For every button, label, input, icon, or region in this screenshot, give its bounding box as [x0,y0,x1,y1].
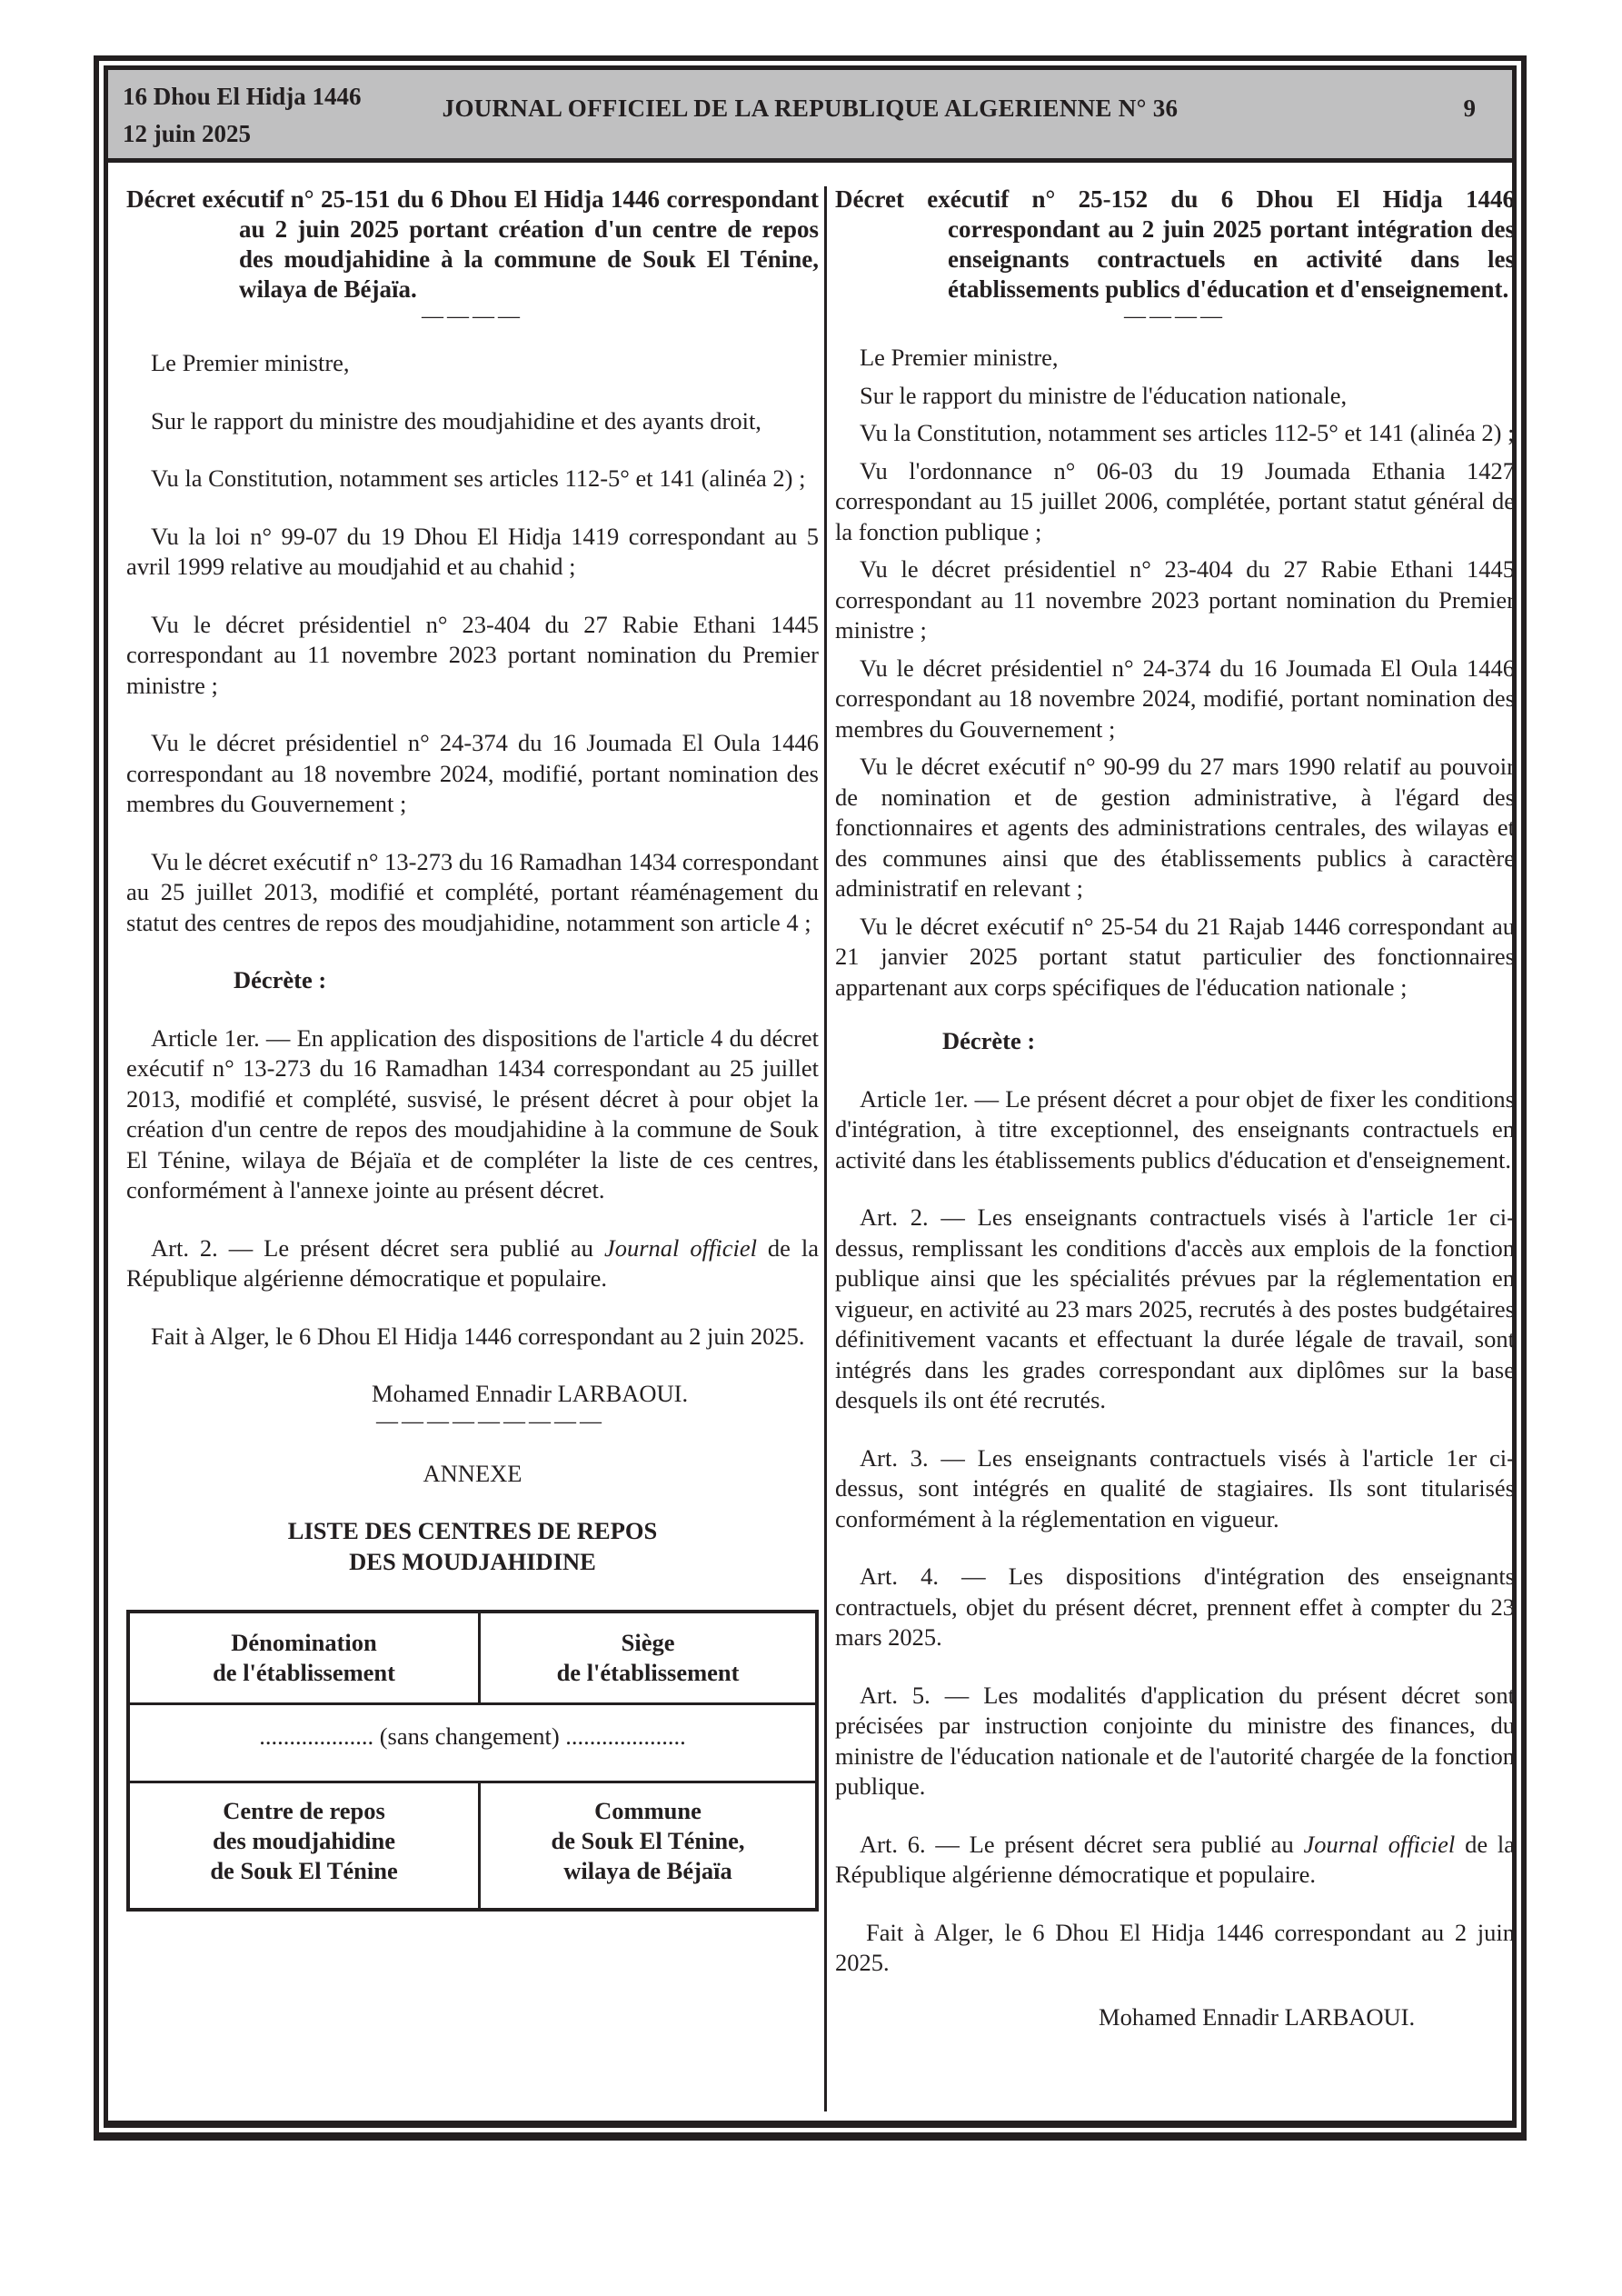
fait-a-alger: Fait à Alger, le 6 Dhou El Hidja 1446 co… [126,1322,819,1353]
article-2: Art. 2. — Le présent décret sera publié … [126,1233,819,1294]
article-1: Article 1er. — Le présent décret a pour … [835,1084,1515,1176]
table-header-denomination: Dénomination de l'établissement [128,1612,480,1704]
annex-label: ANNEXE [126,1459,819,1490]
preamble-rapport: Sur le rapport du ministre des moudjahid… [126,406,819,437]
preamble-vu-decret-13-273: Vu le décret exécutif n° 13-273 du 16 Ra… [126,847,819,939]
preamble-vu-decret-23-404: Vu le décret présidentiel n° 23-404 du 2… [126,610,819,702]
page-frame-inner: 16 Dhou El Hidja 1446 12 juin 2025 JOURN… [104,65,1517,2128]
signature: Mohamed Ennadir LARBAOUI. [835,2002,1515,2033]
signature-rule: ————————— [126,1412,819,1432]
annex-table: Dénomination de l'établissement Siège de… [126,1610,819,1912]
preamble-vu-ordonnance-06-03: Vu l'ordonnance n° 06-03 du 19 Joumada E… [835,456,1515,548]
left-column-decree-25-151: Décret exécutif n° 25-151 du 6 Dhou El H… [126,185,819,1912]
preamble-premier-ministre: Le Premier ministre, [126,348,819,379]
fait-a-alger: Fait à Alger, le 6 Dhou El Hidja 1446 co… [835,1918,1515,1979]
annex-title-line-2: DES MOUDJAHIDINE [126,1547,819,1578]
preamble-premier-ministre: Le Premier ministre, [835,343,1515,374]
preamble-vu-decret-24-374: Vu le décret présidentiel n° 24-374 du 1… [835,654,1515,745]
signature: Mohamed Ennadir LARBAOUI. [126,1379,819,1410]
preamble-vu-decret-90-99: Vu le décret exécutif n° 90-99 du 27 mar… [835,752,1515,904]
preamble-vu-loi: Vu la loi n° 99-07 du 19 Dhou El Hidja 1… [126,522,819,583]
journal-title: JOURNAL OFFICIEL DE LA REPUBLIQUE ALGERI… [108,95,1512,123]
table-cell-denomination: Centre de repos des moudjahidine de Souk… [128,1782,480,1911]
column-divider [824,186,827,2111]
table-cell-sans-changement: ................... (sans changement) ..… [128,1704,817,1782]
decrete-heading: Décrète : [126,965,819,996]
article-4: Art. 4. — Les dispositions d'intégration… [835,1562,1515,1653]
right-column-decree-25-152: Décret exécutif n° 25-152 du 6 Dhou El H… [835,185,1515,2032]
journal-header: 16 Dhou El Hidja 1446 12 juin 2025 JOURN… [108,70,1512,163]
journal-officiel-italic: Journal officiel [604,1234,757,1262]
preamble-vu-constitution: Vu la Constitution, notamment ses articl… [126,464,819,494]
title-rule: ———— [126,306,819,326]
preamble-vu-decret-25-54: Vu le décret exécutif n° 25-54 du 21 Raj… [835,912,1515,1003]
table-header-siege: Siège de l'établissement [480,1612,817,1704]
article-5: Art. 5. — Les modalités d'application du… [835,1681,1515,1802]
decree-title: Décret exécutif n° 25-151 du 6 Dhou El H… [126,185,819,304]
page-number: 9 [1464,95,1477,123]
page-frame-outer: 16 Dhou El Hidja 1446 12 juin 2025 JOURN… [94,55,1527,2141]
article-2: Art. 2. — Les enseignants contractuels v… [835,1203,1515,1416]
annex-title-line-1: LISTE DES CENTRES DE REPOS [126,1516,819,1547]
preamble-vu-decret-23-404: Vu le décret présidentiel n° 23-404 du 2… [835,554,1515,646]
preamble-vu-decret-24-374: Vu le décret présidentiel n° 24-374 du 1… [126,728,819,820]
table-row: Centre de repos des moudjahidine de Souk… [128,1782,817,1911]
decrete-heading: Décrète : [835,1026,1515,1057]
table-header-row: Dénomination de l'établissement Siège de… [128,1612,817,1704]
article-6: Art. 6. — Le présent décret sera publié … [835,1830,1515,1891]
journal-officiel-italic: Journal officiel [1303,1831,1455,1858]
article-1: Article 1er. — En application des dispos… [126,1023,819,1206]
decree-title: Décret exécutif n° 25-152 du 6 Dhou El H… [835,185,1515,304]
article-3: Art. 3. — Les enseignants contractuels v… [835,1443,1515,1535]
table-row-unchanged: ................... (sans changement) ..… [128,1704,817,1782]
preamble-rapport: Sur le rapport du ministre de l'éducatio… [835,381,1515,412]
preamble-vu-constitution: Vu la Constitution, notamment ses articl… [835,418,1515,449]
table-cell-siege: Commune de Souk El Ténine, wilaya de Béj… [480,1782,817,1911]
title-rule: ———— [835,306,1515,326]
